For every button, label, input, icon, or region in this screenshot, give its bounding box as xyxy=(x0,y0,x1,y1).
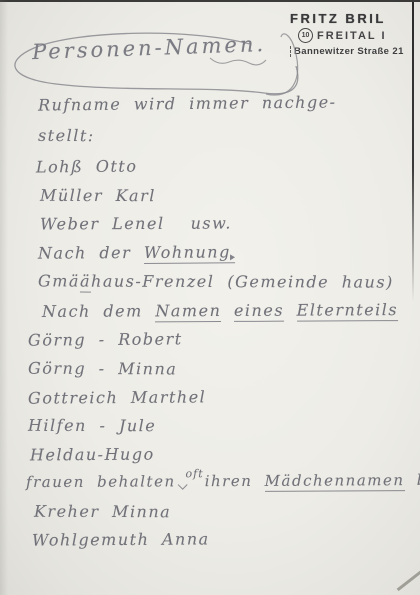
handwritten-line: Heldau-Hugo xyxy=(30,445,155,465)
line-text-underlined: eines xyxy=(234,301,284,322)
handwritten-line: Hilfen - Jule xyxy=(28,416,156,435)
line-text xyxy=(284,301,297,320)
scan-edge-right xyxy=(412,2,414,302)
line-text: ihren xyxy=(205,472,265,490)
scan-edge-corner xyxy=(397,568,420,591)
line-text: Hilfen - Jule xyxy=(28,416,156,435)
stamp-city: FREITAL I xyxy=(317,30,387,42)
postal-code: 10 xyxy=(302,32,310,39)
line-text: Nach der xyxy=(38,243,144,263)
line-text: (Gemeinde haus) xyxy=(227,272,394,292)
scan-edge-left-shade xyxy=(0,0,8,595)
handwritten-line: frauen behaltenoftihren Mädchennamen bei xyxy=(26,471,420,491)
handwritten-line: stellt: xyxy=(38,126,95,145)
stamp-name-line: FRITZ BRIL xyxy=(290,11,404,26)
postal-code-circle-icon: 10 xyxy=(298,28,313,43)
handwritten-line: Görng - Robert xyxy=(28,329,183,349)
line-text: Görng - Robert xyxy=(28,329,183,349)
line-text: haus-Frenzel xyxy=(91,272,214,291)
line-text: stellt: xyxy=(38,126,95,145)
handwritten-line: Nach der Wohnung xyxy=(38,242,235,262)
handwritten-line: Müller Karl xyxy=(40,186,156,205)
line-text-underlined: ä xyxy=(80,272,91,293)
handwritten-line: Görng - Minna xyxy=(28,359,177,379)
line-text-underlined: Wohnung xyxy=(144,242,235,264)
stamp-street-line: Bannewitzer Straße 21 xyxy=(290,46,404,57)
handwritten-line: Nach dem Namen eines Elternteils xyxy=(42,300,398,321)
line-text xyxy=(221,301,234,320)
line-text-underlined: Namen xyxy=(155,301,221,322)
handwritten-line: Lohß Otto xyxy=(36,157,138,177)
line-text: Rufname wird immer nachge- xyxy=(38,92,337,114)
line-text-underlined: Elternteils xyxy=(297,300,399,322)
line-text: bei xyxy=(404,471,420,489)
line-text: Görng - Minna xyxy=(28,359,177,379)
inserted-word: oft xyxy=(186,467,204,480)
address-stamp: FRITZ BRIL 10 FREITAL I Bannewitzer Stra… xyxy=(290,11,404,57)
page-title: Personen-Namen. xyxy=(32,32,267,64)
scanned-document-page: FRITZ BRIL 10 FREITAL I Bannewitzer Stra… xyxy=(0,0,420,595)
line-text: Müller Karl xyxy=(40,186,156,205)
handwritten-line: Rufname wird immer nachge- xyxy=(38,92,337,114)
line-text: Wohlgemuth Anna xyxy=(32,529,210,549)
line-text: Heldau-Hugo xyxy=(30,445,155,465)
line-text: Nach dem xyxy=(42,301,155,321)
line-text: usw. xyxy=(190,213,232,232)
handwritten-line: Wohlgemuth Anna xyxy=(32,529,210,549)
insertion-caret-mark xyxy=(177,480,187,490)
handwritten-line: Gmäähaus-Frenzel(Gemeinde haus) xyxy=(38,271,394,291)
line-text: frauen behalten xyxy=(26,472,176,491)
line-text: Gmä xyxy=(38,271,80,290)
handwritten-line: Gottreich Marthel xyxy=(28,387,206,407)
line-text: Lohß Otto xyxy=(36,157,138,177)
handwritten-line: Kreher Minna xyxy=(34,502,171,521)
line-text-underlined: Mädchennamen xyxy=(265,471,405,492)
line-text: Kreher Minna xyxy=(34,502,171,521)
scan-edge-top xyxy=(0,0,420,2)
line-text: Weber Lenel xyxy=(40,214,165,234)
handwritten-line: Weber Lenelusw. xyxy=(40,213,232,233)
line-text: Gottreich Marthel xyxy=(28,387,206,407)
stamp-city-line: 10 FREITAL I xyxy=(298,28,404,43)
